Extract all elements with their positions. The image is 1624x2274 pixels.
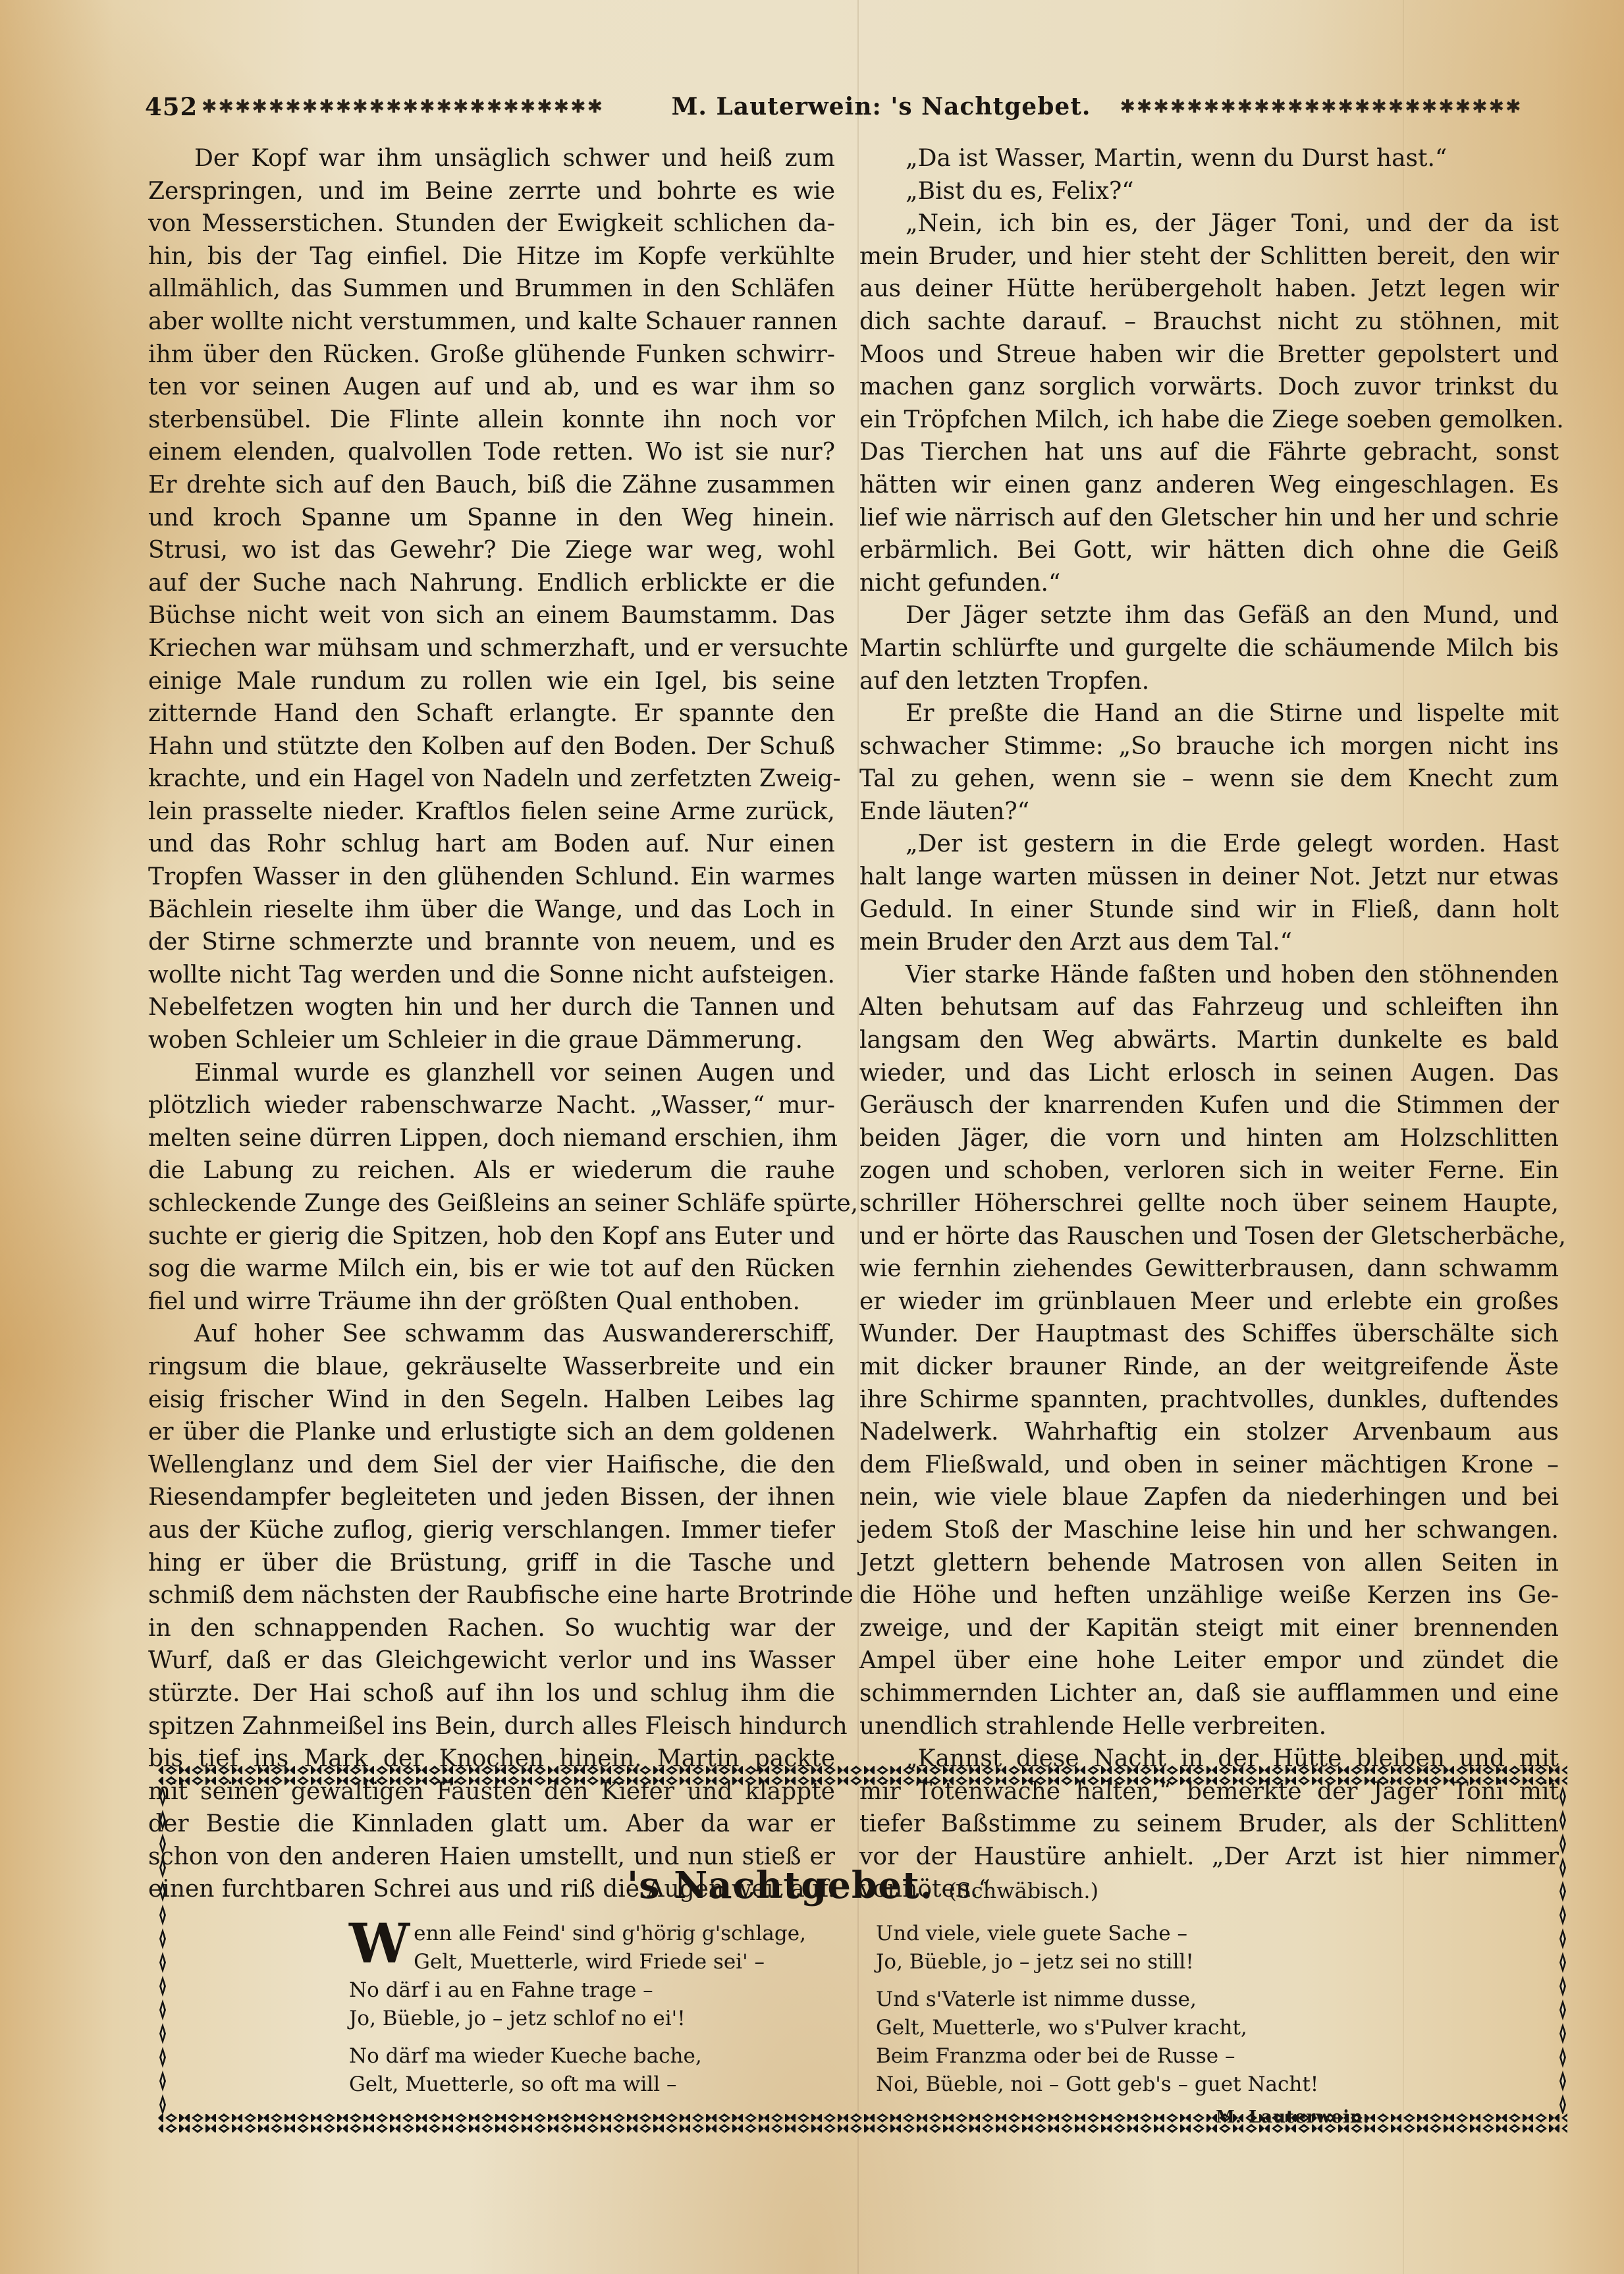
text-line: fiel und wirre Träume ihn der größten Qu… (148, 1286, 835, 1318)
text-line: Auf hoher See schwamm das Auswanderersch… (148, 1318, 835, 1351)
text-line: ein Tröpfchen Milch, ich habe die Ziege … (859, 404, 1559, 437)
verse-line: Noi, Büeble, noi – Gott geb's – guet Nac… (876, 2071, 1469, 2099)
verse-line: Und s'Vaterle ist nimme dusse, (876, 1986, 1469, 2014)
poem-subtitle: (Schwäbisch.) (948, 1878, 1098, 1903)
text-line: von Messerstichen. Stunden der Ewigkeit … (148, 207, 835, 240)
paragraph: Er preßte die Hand an die Stirne und lis… (859, 697, 1559, 828)
paragraph: „Nein, ich bin es, der Jäger Toni, und d… (859, 207, 1559, 599)
verse-text: Beim Franzma oder bei de Russe – (876, 2044, 1235, 2068)
text-line: Hahn und stützte den Kolben auf den Bode… (148, 730, 835, 763)
paragraph: „Der ist gestern in die Erde gelegt word… (859, 828, 1559, 958)
stanza: Und s'Vaterle ist nimme dusse,Gelt, Muet… (876, 1986, 1469, 2099)
verse-line: Und viele, viele guete Sache – (876, 1920, 1469, 1948)
text-line: und das Rohr schlug hart am Boden auf. N… (148, 828, 835, 861)
text-line: „Bist du es, Felix?“ (859, 175, 1559, 208)
text-line: suchte er gierig die Spitzen, hob den Ko… (148, 1220, 835, 1253)
ornamental-border-left-icon (158, 1785, 167, 2114)
text-line: aber wollte nicht verstummen, und kalte … (148, 306, 835, 338)
verse-line: Wenn alle Feind' sind g'hörig g'schlage, (349, 1920, 863, 1948)
text-line: plötzlich wieder rabenschwarze Nacht. „W… (148, 1089, 835, 1122)
text-line: hin, bis der Tag einfiel. Die Hitze im K… (148, 240, 835, 273)
text-line: einem elenden, qualvollen Tode retten. W… (148, 436, 835, 469)
text-line: nicht gefunden.“ (859, 567, 1559, 600)
verse-line: Beim Franzma oder bei de Russe – (876, 2042, 1469, 2071)
text-line: stürzte. Der Hai schoß auf ihn los und s… (148, 1677, 835, 1710)
text-line: Zerspringen, und im Beine zerrte und boh… (148, 175, 835, 208)
text-line: schriller Höherschrei gellte noch über s… (859, 1187, 1559, 1220)
text-line: wollte nicht Tag werden und die Sonne ni… (148, 959, 835, 992)
verse-line: No därf ma wieder Kueche bache, (349, 2042, 863, 2071)
text-line: er wieder im grünblauen Meer und erlebte… (859, 1286, 1559, 1318)
paragraph: „Bist du es, Felix?“ (859, 175, 1559, 208)
text-line: eisig frischer Wind in den Segeln. Halbe… (148, 1384, 835, 1417)
left-text-column: Der Kopf war ihm unsäglich schwer und he… (148, 142, 835, 1906)
text-line: einige Male rundum zu rollen wie ein Ige… (148, 665, 835, 698)
verse-line: Gelt, Muetterle, wo s'Pulver kracht, (876, 2014, 1469, 2042)
text-line: Kriechen war mühsam und schmerzhaft, und… (148, 632, 835, 665)
text-line: Nadelwerk. Wahrhaftig ein stolzer Arvenb… (859, 1416, 1559, 1449)
text-line: Wurf, daß er das Gleichgewicht verlor un… (148, 1644, 835, 1677)
text-line: Nebelfetzen wogten hin und her durch die… (148, 991, 835, 1024)
paragraph: Vier starke Hände faßten und hoben den s… (859, 959, 1559, 1743)
text-line: Tropfen Wasser in den glühenden Schlund.… (148, 861, 835, 894)
paragraph: Der Kopf war ihm unsäglich schwer und he… (148, 142, 835, 1057)
text-line: spitzen Zahnmeißel ins Bein, durch alles… (148, 1710, 835, 1743)
text-line: er über die Planke und erlustigte sich a… (148, 1416, 835, 1449)
text-line: Wunder. Der Hauptmast des Schiffes übers… (859, 1318, 1559, 1351)
text-line: schmiß dem nächsten der Raubfische eine … (148, 1579, 835, 1612)
text-line: mit dicker brauner Rinde, an der weitgre… (859, 1351, 1559, 1384)
text-line: mein Bruder den Arzt aus dem Tal.“ (859, 926, 1559, 959)
verse-text: No därf ma wieder Kueche bache, (349, 2044, 702, 2068)
text-line: hing er über die Brüstung, griff in die … (148, 1547, 835, 1580)
text-line: ten vor seinen Augen auf und ab, und es … (148, 371, 835, 404)
text-line: sterbensübel. Die Flinte allein konnte i… (148, 404, 835, 437)
text-line: zweige, und der Kapitän steigt mit einer… (859, 1612, 1559, 1645)
text-line: aus der Küche zuflog, gierig verschlange… (148, 1514, 835, 1547)
text-line: und kroch Spanne um Spanne in den Weg hi… (148, 502, 835, 535)
text-line: wieder, und das Licht erlosch in seinen … (859, 1057, 1559, 1090)
text-line: Der Kopf war ihm unsäglich schwer und he… (148, 142, 835, 175)
verse-text: Und viele, viele guete Sache – (876, 1922, 1187, 1945)
text-line: schimmernden Lichter an, daß sie aufflam… (859, 1677, 1559, 1710)
right-text-column: „Da ist Wasser, Martin, wenn du Durst ha… (859, 142, 1559, 1906)
verse-text: Und s'Vaterle ist nimme dusse, (876, 1988, 1197, 2011)
star-ornament-icon: ✱✱✱✱✱✱✱✱✱✱✱✱✱✱✱✱✱✱✱✱✱✱✱✱ (1120, 97, 1561, 116)
text-line: lief wie närrisch auf den Gletscher hin … (859, 502, 1559, 535)
text-line: hätten wir einen ganz anderen Weg einges… (859, 469, 1559, 502)
text-line: woben Schleier um Schleier in die graue … (148, 1024, 835, 1057)
text-line: halt lange warten müssen in deiner Not. … (859, 861, 1559, 894)
text-line: ihre Schirme spannten, prachtvolles, dun… (859, 1384, 1559, 1417)
text-line: allmählich, das Summen und Brummen in de… (148, 273, 835, 306)
poem-box: 's Nachtgebet. (Schwäbisch.) Wenn alle F… (158, 1765, 1567, 2134)
text-line: jedem Stoß der Maschine leise hin und he… (859, 1514, 1559, 1547)
verse-line: No därf i au en Fahne trage – (349, 1976, 863, 2005)
text-line: Bächlein rieselte ihm über die Wange, un… (148, 894, 835, 927)
stanza: No därf ma wieder Kueche bache,Gelt, Mue… (349, 2042, 863, 2099)
stanza: Und viele, viele guete Sache –Jo, Büeble… (876, 1920, 1469, 1976)
text-line: Der Jäger setzte ihm das Gefäß an den Mu… (859, 599, 1559, 632)
text-line: lein prasselte nieder. Kraftlos fielen s… (148, 796, 835, 828)
text-line: die Höhe und heften unzählige weiße Kerz… (859, 1579, 1559, 1612)
text-line: Er preßte die Hand an die Stirne und lis… (859, 697, 1559, 730)
drop-cap: W (349, 1921, 410, 1967)
verse-text: No därf i au en Fahne trage – (349, 1978, 653, 2002)
text-line: zogen und schoben, verloren sich in weit… (859, 1154, 1559, 1187)
verse-text: enn alle Feind' sind g'hörig g'schlage, (414, 1922, 806, 1945)
text-line: unendlich strahlende Helle verbreiten. (859, 1710, 1559, 1743)
text-line: schleckende Zunge des Geißleins an seine… (148, 1187, 835, 1220)
verse-text: Jo, Büeble, jo – jetz schlof no ei'! (349, 2007, 686, 2030)
text-line: Martin schlürfte und gurgelte die schäum… (859, 632, 1559, 665)
text-line: und er hörte das Rauschen und Tosen der … (859, 1220, 1559, 1253)
text-line: Vier starke Hände faßten und hoben den s… (859, 959, 1559, 992)
poem-left-column: Wenn alle Feind' sind g'hörig g'schlage,… (349, 1920, 863, 2108)
paragraph: „Da ist Wasser, Martin, wenn du Durst ha… (859, 142, 1559, 175)
star-ornament-icon: ✱✱✱✱✱✱✱✱✱✱✱✱✱✱✱✱✱✱✱✱✱✱✱✱ (202, 97, 643, 116)
text-line: Einmal wurde es glanzhell vor seinen Aug… (148, 1057, 835, 1090)
text-line: ringsum die blaue, gekräuselte Wasserbre… (148, 1351, 835, 1384)
verse-line: Jo, Büeble, jo – jetz schlof no ei'! (349, 2005, 863, 2033)
running-header: 452 ✱✱✱✱✱✱✱✱✱✱✱✱✱✱✱✱✱✱✱✱✱✱✱✱ M. Lauterwe… (145, 87, 1561, 126)
text-line: in den schnappenden Rachen. So wuchtig w… (148, 1612, 835, 1645)
verse-line: Jo, Büeble, jo – jetz sei no still! (876, 1948, 1469, 1976)
text-line: „Der ist gestern in die Erde gelegt word… (859, 828, 1559, 861)
ornamental-border-top-icon (158, 1765, 1567, 1786)
text-line: mein Bruder, und hier steht der Schlitte… (859, 240, 1559, 273)
paragraph: Einmal wurde es glanzhell vor seinen Aug… (148, 1057, 835, 1318)
verse-text: Gelt, Muetterle, wird Friede sei' – (414, 1950, 765, 1974)
poem-heading: 's Nachtgebet. (Schwäbisch.) (158, 1864, 1567, 1907)
text-line: Alten behutsam auf das Fahrzeug und schl… (859, 991, 1559, 1024)
text-line: Strusi, wo ist das Gewehr? Die Ziege war… (148, 534, 835, 567)
text-line: Geräusch der knarrenden Kufen und die St… (859, 1089, 1559, 1122)
verse-text: Gelt, Muetterle, so oft ma will – (349, 2072, 677, 2096)
text-line: melten seine dürren Lippen, doch niemand… (148, 1122, 835, 1155)
text-line: der Stirne schmerzte und brannte von neu… (148, 926, 835, 959)
text-line: Ampel über eine hohe Leiter empor und zü… (859, 1644, 1559, 1677)
verse-text: Gelt, Muetterle, wo s'Pulver kracht, (876, 2016, 1247, 2040)
text-line: langsam den Weg abwärts. Martin dunkelte… (859, 1024, 1559, 1057)
text-line: Riesendampfer begleiteten und jeden Biss… (148, 1481, 835, 1514)
text-line: ihm über den Rücken. Große glühende Funk… (148, 338, 835, 371)
text-line: Wellenglanz und dem Siel der vier Haifis… (148, 1449, 835, 1482)
verse-text: Jo, Büeble, jo – jetz sei no still! (876, 1950, 1194, 1974)
text-line: dem Fließwald, und oben in seiner mächti… (859, 1449, 1559, 1482)
poem-right-column: Und viele, viele guete Sache –Jo, Büeble… (876, 1920, 1469, 2108)
text-line: zitternde Hand den Schaft erlangte. Er s… (148, 697, 835, 730)
text-line: beiden Jäger, die vorn und hinten am Hol… (859, 1122, 1559, 1155)
text-line: „Da ist Wasser, Martin, wenn du Durst ha… (859, 142, 1559, 175)
text-line: „Nein, ich bin es, der Jäger Toni, und d… (859, 207, 1559, 240)
text-line: Moos und Streue haben wir die Bretter ge… (859, 338, 1559, 371)
ornamental-border-right-icon (1558, 1785, 1567, 2114)
text-line: nein, wie viele blaue Zapfen da niederhi… (859, 1481, 1559, 1514)
verse-text: Noi, Büeble, noi – Gott geb's – guet Nac… (876, 2072, 1318, 2096)
text-line: dich sachte darauf. – Brauchst nicht zu … (859, 306, 1559, 338)
text-line: Das Tierchen hat uns auf die Fährte gebr… (859, 436, 1559, 469)
text-line: die Labung zu reichen. Als er wiederum d… (148, 1154, 835, 1187)
text-line: Jetzt glettern behende Matrosen von alle… (859, 1547, 1559, 1580)
text-line: Geduld. In einer Stunde sind wir in Flie… (859, 894, 1559, 927)
paragraph: Der Jäger setzte ihm das Gefäß an den Mu… (859, 599, 1559, 697)
running-title: M. Lauterwein: 's Nachtgebet. (672, 93, 1091, 121)
text-line: sog die warme Milch ein, bis er wie tot … (148, 1253, 835, 1286)
verse-line: Gelt, Muetterle, so oft ma will – (349, 2071, 863, 2099)
text-line: auf den letzten Tropfen. (859, 665, 1559, 698)
page-number: 452 (145, 92, 202, 121)
text-line: krachte, und ein Hagel von Nadeln und ze… (148, 763, 835, 796)
text-line: aus deiner Hütte herübergeholt haben. Je… (859, 273, 1559, 306)
text-line: Ende läuten?“ (859, 796, 1559, 828)
verse-line: Gelt, Muetterle, wird Friede sei' – (349, 1948, 863, 1976)
text-line: erbärmlich. Bei Gott, wir hätten dich oh… (859, 534, 1559, 567)
text-line: Büchse nicht weit von sich an einem Baum… (148, 599, 835, 632)
text-line: wie fernhin ziehendes Gewitterbrausen, d… (859, 1253, 1559, 1286)
stanza: Wenn alle Feind' sind g'hörig g'schlage,… (349, 1920, 863, 2033)
poem-title: 's Nachtgebet. (627, 1864, 933, 1907)
text-line: Er drehte sich auf den Bauch, biß die Zä… (148, 469, 835, 502)
text-line: auf der Suche nach Nahrung. Endlich erbl… (148, 567, 835, 600)
poem-signature: M. Lauterwein. (1216, 2107, 1370, 2127)
text-line: Tal zu gehen, wenn sie – wenn sie dem Kn… (859, 763, 1559, 796)
text-line: machen ganz sorglich vorwärts. Doch zuvo… (859, 371, 1559, 404)
text-line: schwacher Stimme: „So brauche ich morgen… (859, 730, 1559, 763)
